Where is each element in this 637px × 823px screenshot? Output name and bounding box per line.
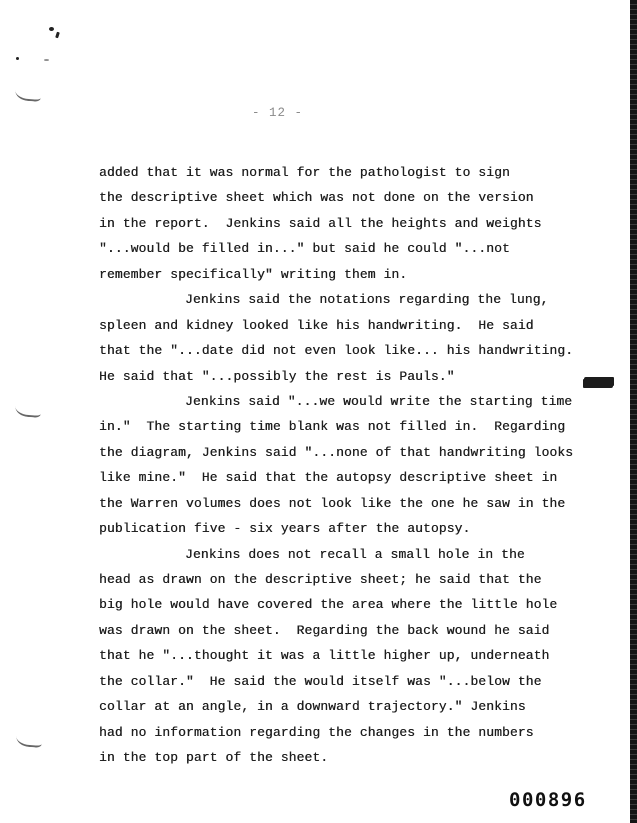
margin-pen-mark: [16, 733, 43, 748]
text-line: the diagram, Jenkins said "...none of th…: [99, 440, 599, 465]
ink-smudge: [584, 377, 613, 388]
text-line: added that it was normal for the patholo…: [99, 160, 599, 185]
ink-speck: [55, 32, 60, 39]
text-line: He said that "...possibly the rest is Pa…: [99, 364, 599, 389]
text-line: the collar." He said the would itself wa…: [99, 669, 599, 694]
text-line: like mine." He said that the autopsy des…: [99, 465, 599, 490]
text-line: "...would be filled in..." but said he c…: [99, 236, 599, 261]
text-line: big hole would have covered the area whe…: [99, 592, 599, 617]
text-line: in the report. Jenkins said all the heig…: [99, 211, 599, 236]
text-line: Jenkins does not recall a small hole in …: [99, 542, 599, 567]
text-line: in." The starting time blank was not fil…: [99, 414, 599, 439]
document-page: - 12 - added that it was normal for the …: [0, 0, 637, 823]
margin-pen-mark: [15, 403, 42, 418]
text-line: publication five - six years after the a…: [99, 516, 599, 541]
text-line: spleen and kidney looked like his handwr…: [99, 313, 599, 338]
body-text: added that it was normal for the patholo…: [99, 160, 599, 771]
page-number: - 12 -: [252, 106, 303, 120]
text-line: that the "...date did not even look like…: [99, 338, 599, 363]
text-line: in the top part of the sheet.: [99, 745, 599, 770]
scan-edge-artifact: [630, 0, 637, 823]
document-control-number-stamp: 000896: [509, 789, 587, 811]
text-line: remember specifically" writing them in.: [99, 262, 599, 287]
text-line: the Warren volumes does not look like th…: [99, 491, 599, 516]
text-line: that he "...thought it was a little high…: [99, 643, 599, 668]
ink-speck: [49, 27, 54, 31]
text-line: Jenkins said the notations regarding the…: [99, 287, 599, 312]
margin-pen-mark: [15, 87, 42, 102]
ink-speck: [16, 57, 19, 60]
text-line: the descriptive sheet which was not done…: [99, 185, 599, 210]
text-line: Jenkins said "...we would write the star…: [99, 389, 599, 414]
text-line: collar at an angle, in a downward trajec…: [99, 694, 599, 719]
text-line: had no information regarding the changes…: [99, 720, 599, 745]
text-line: head as drawn on the descriptive sheet; …: [99, 567, 599, 592]
ink-speck: [44, 59, 49, 61]
text-line: was drawn on the sheet. Regarding the ba…: [99, 618, 599, 643]
